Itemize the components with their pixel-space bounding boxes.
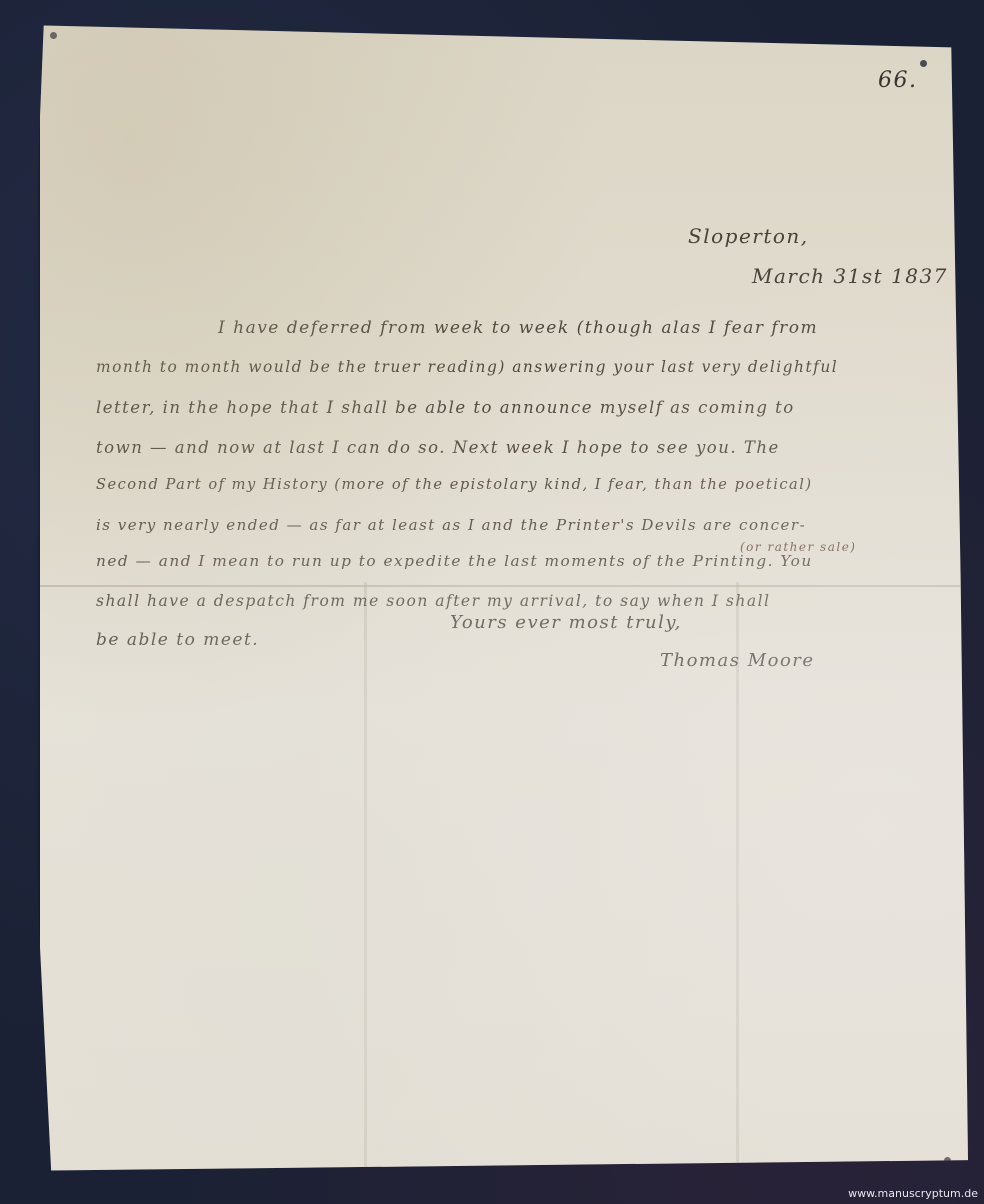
pin-hole-icon xyxy=(50,32,57,39)
body-line: letter, in the hope that I shall be able… xyxy=(96,398,795,417)
letter-closing: Yours ever most truly, xyxy=(450,612,682,633)
watermark-url: www.manuscryptum.de xyxy=(848,1187,978,1200)
body-line: is very nearly ended — as far at least a… xyxy=(96,516,806,534)
vertical-fold-line-right xyxy=(736,582,739,1174)
folio-number: 66. xyxy=(878,68,918,93)
signature: Thomas Moore xyxy=(660,650,815,671)
body-line: be able to meet. xyxy=(96,630,259,650)
body-line: month to month would be the truer readin… xyxy=(96,358,838,376)
interlinear-insertion: (or rather sale) xyxy=(740,540,856,554)
body-line: I have deferred from week to week (thoug… xyxy=(218,318,818,338)
body-line: town — and now at last I can do so. Next… xyxy=(96,438,780,457)
vertical-fold-line-left xyxy=(364,582,367,1174)
letter-sheet: 66. Sloperton, March 31st 1837 I have de… xyxy=(40,22,968,1174)
body-line: ned — and I mean to run up to expedite t… xyxy=(96,552,813,570)
letter-place: Sloperton, xyxy=(688,224,809,248)
body-line: Second Part of my History (more of the e… xyxy=(96,476,813,493)
body-line: shall have a despatch from me soon after… xyxy=(96,592,771,610)
horizontal-fold-line xyxy=(40,585,968,587)
pin-hole-icon xyxy=(920,60,927,67)
letter-date: March 31st 1837 xyxy=(752,264,948,288)
